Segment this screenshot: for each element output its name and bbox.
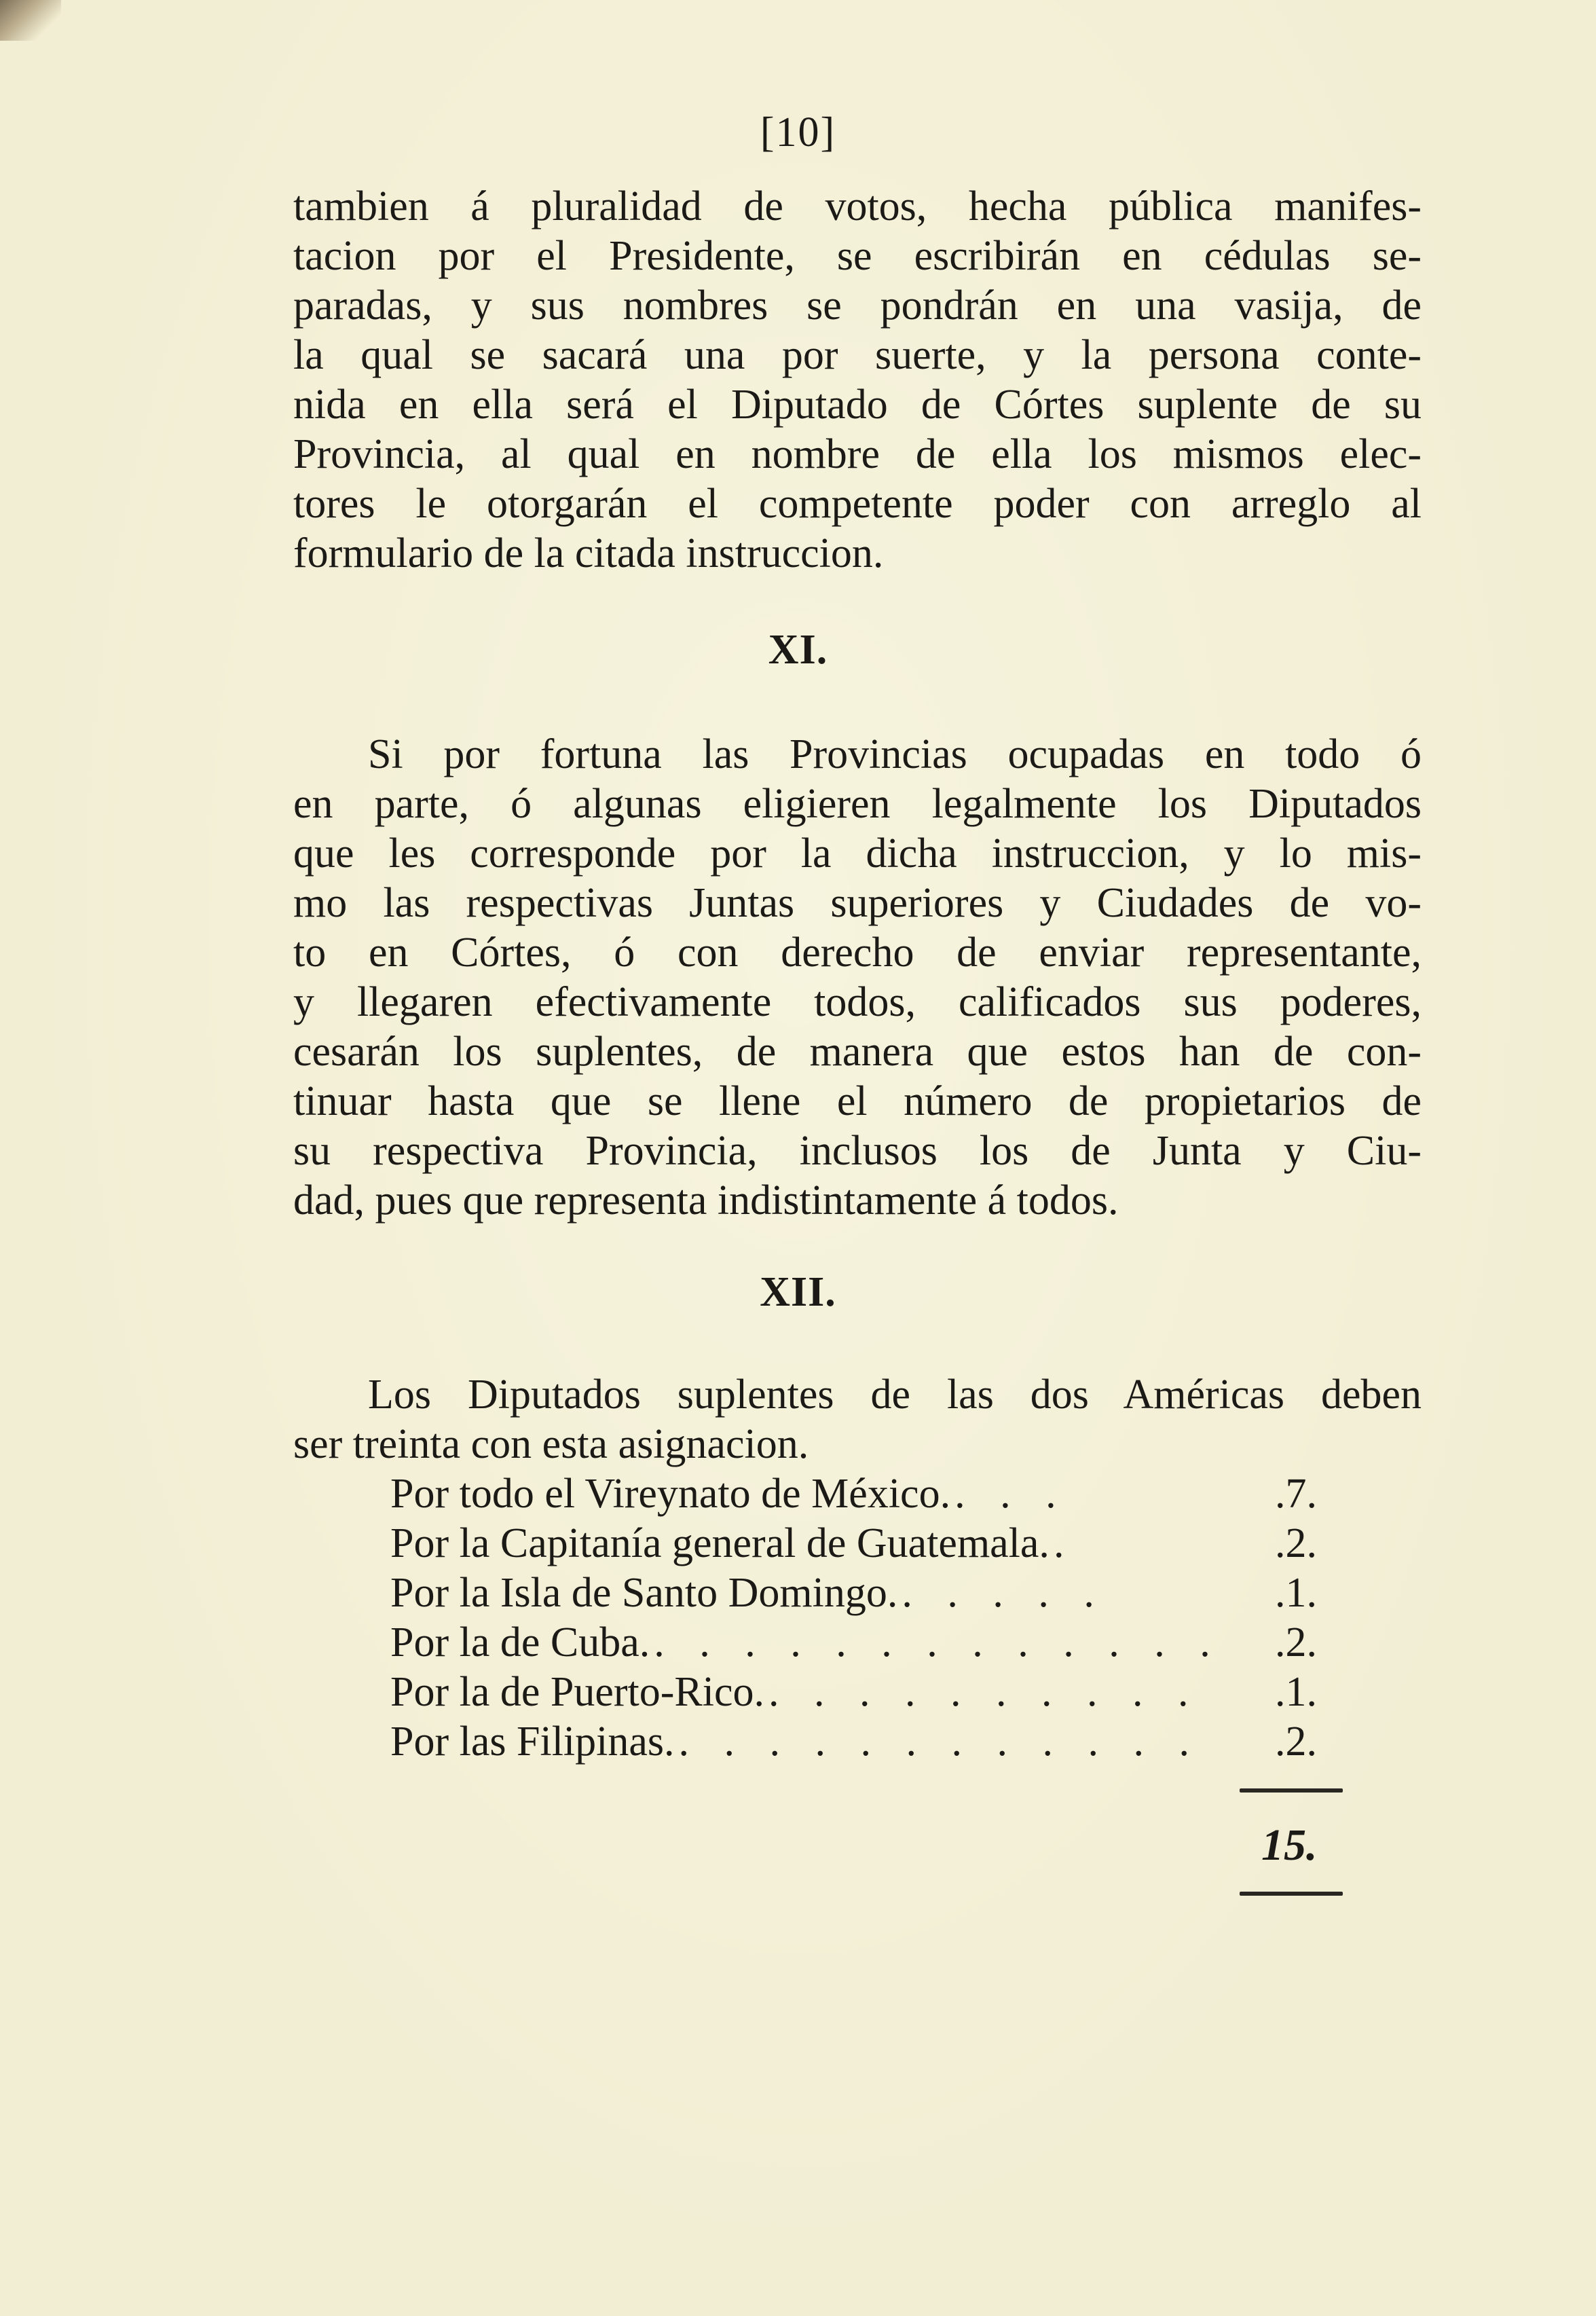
allocation-label: Por la de Puerto-Rico. xyxy=(390,1668,764,1717)
allocation-label: Por las Filipinas. xyxy=(390,1717,675,1767)
allocation-value: .2. xyxy=(1275,1519,1317,1568)
allocation-label: Por la Capitanía general de Guatemala. xyxy=(390,1519,1050,1568)
allocation-row: Por la Capitanía general de Guatemala. .… xyxy=(390,1519,1317,1568)
text-line: tacion por el Presidente, se escribirán … xyxy=(293,232,1422,281)
page-corner-shadow xyxy=(0,0,61,41)
text-line: Provincia, al qual en nombre de ella los… xyxy=(293,430,1422,479)
allocation-value: .2. xyxy=(1275,1717,1317,1767)
text-line: su respectiva Provincia, inclusos los de… xyxy=(293,1126,1422,1176)
allocation-value: .7. xyxy=(1275,1469,1317,1519)
text-line: Si por fortuna las Provincias ocupadas e… xyxy=(293,730,1422,779)
leader-dots: . . . xyxy=(954,1469,1275,1519)
allocation-row: Por la Isla de Santo Domingo. . . . . . … xyxy=(390,1568,1317,1618)
text-line: paradas, y sus nombres se pondrán en una… xyxy=(293,281,1422,331)
section-heading-xi: XI. xyxy=(0,626,1596,674)
allocation-value: .2. xyxy=(1275,1618,1317,1668)
allocation-label: Por la de Cuba. xyxy=(390,1618,650,1668)
leader-dots: . . . . . . . . . . . . . xyxy=(654,1618,1275,1668)
text-line: dad, pues que representa indistintamente… xyxy=(293,1176,1422,1226)
leader-dots: . . . . . xyxy=(902,1568,1275,1618)
sum-rule-bottom xyxy=(1240,1892,1343,1896)
text-line: en parte, ó algunas eligieren legalmente… xyxy=(293,779,1422,829)
paragraph-continuation: tambien á pluralidad de votos, hecha púb… xyxy=(293,182,1422,578)
allocation-label: Por la Isla de Santo Domingo. xyxy=(390,1568,897,1618)
text-line: cesarán los suplentes, de manera que est… xyxy=(293,1027,1422,1077)
text-line: tambien á pluralidad de votos, hecha púb… xyxy=(293,182,1422,232)
text-line: mo las respectivas Juntas superiores y C… xyxy=(293,879,1422,928)
allocation-value: .1. xyxy=(1275,1668,1317,1717)
leader-dots: . . . . . . . . . . . . xyxy=(679,1717,1275,1767)
leader-dots: . xyxy=(1054,1519,1275,1568)
allocation-row: Por las Filipinas. . . . . . . . . . . .… xyxy=(390,1717,1317,1767)
allocation-row: Por la de Cuba. . . . . . . . . . . . . … xyxy=(390,1618,1317,1668)
allocation-row: Por todo el Vireynato de México. . . . .… xyxy=(390,1469,1317,1519)
section-xii-paragraph: Los Diputados suplentes de las dos Améri… xyxy=(293,1370,1422,1469)
text-line: la qual se sacará una por suerte, y la p… xyxy=(293,331,1422,380)
text-line: tinuar hasta que se llene el número de p… xyxy=(293,1077,1422,1126)
text-line: y llegaren efectivamente todos, califica… xyxy=(293,978,1422,1027)
allocation-label: Por todo el Vireynato de México. xyxy=(390,1469,950,1519)
section-heading-xii: XII. xyxy=(0,1268,1596,1317)
document-page: [10] tambien á pluralidad de votos, hech… xyxy=(0,0,1596,2316)
sum-rule-top xyxy=(1240,1788,1343,1793)
leader-dots: . . . . . . . . . . xyxy=(768,1668,1275,1717)
text-line: formulario de la citada instruccion. xyxy=(293,529,1422,578)
allocation-row: Por la de Puerto-Rico. . . . . . . . . .… xyxy=(390,1668,1317,1717)
allocation-list: Por todo el Vireynato de México. . . . .… xyxy=(390,1469,1317,1767)
allocation-value: .1. xyxy=(1275,1568,1317,1618)
allocation-total: 15. xyxy=(1261,1820,1318,1871)
text-line: ser treinta con esta asignacion. xyxy=(293,1420,1422,1469)
text-line: to en Córtes, ó con derecho de enviar re… xyxy=(293,928,1422,978)
text-line: tores le otorgarán el competente poder c… xyxy=(293,479,1422,529)
section-xi-paragraph: Si por fortuna las Provincias ocupadas e… xyxy=(293,730,1422,1226)
text-line: que les corresponde por la dicha instruc… xyxy=(293,829,1422,879)
text-line: nida en ella será el Diputado de Córtes … xyxy=(293,380,1422,430)
text-line: Los Diputados suplentes de las dos Améri… xyxy=(293,1370,1422,1420)
page-number: [10] xyxy=(0,109,1596,157)
